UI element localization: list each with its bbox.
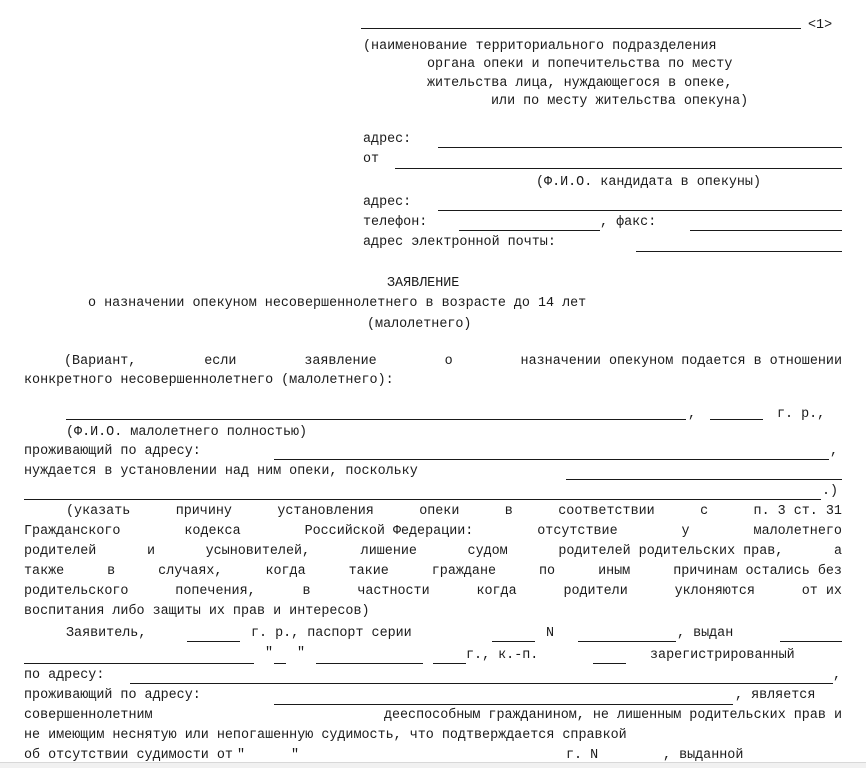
issued-label: , выдан	[677, 625, 733, 643]
applicant-label: Заявитель,	[66, 625, 146, 643]
org-caption-line-3: жительства лица, нуждающегося в опеке,	[427, 75, 732, 93]
variant-word: если	[204, 353, 236, 371]
reason-word: граждане	[432, 563, 496, 581]
reason-word: такие	[349, 563, 389, 581]
reason-line-6: воспитания либо защиты их прав и интерес…	[24, 603, 370, 621]
minor-name-field[interactable]	[66, 419, 686, 420]
org-caption-line-1: (наименование территориального подраздел…	[363, 38, 717, 56]
residing2-label: проживающий по адресу:	[24, 687, 201, 705]
reason-word: попечения,	[175, 583, 255, 601]
reason-field-line-2[interactable]	[24, 499, 821, 500]
reason-word: установления	[277, 503, 373, 521]
org-name-field[interactable]	[361, 28, 801, 29]
birth-year-suffix: г. р.,	[777, 406, 825, 424]
reason-line-4: также в случаях, когда такие граждане по…	[24, 563, 842, 581]
reason-word: Гражданского	[24, 523, 120, 541]
reason-word: малолетнего	[754, 523, 842, 541]
reason-word: отсутствие	[537, 523, 617, 541]
quote-close: "	[297, 645, 305, 663]
org-address-label: адрес:	[363, 131, 411, 149]
variant-word: о	[445, 353, 453, 371]
comma: ,	[830, 443, 838, 461]
adult-word: дееспособным гражданином, не лишенным ро…	[384, 707, 842, 725]
reason-word: в	[505, 503, 513, 521]
reason-word: лишение	[361, 543, 417, 561]
from-label: от	[363, 151, 379, 169]
reason-word: судом	[468, 543, 508, 561]
document-heading: ЗАЯВЛЕНИЕ	[387, 275, 459, 293]
minor-birth-year-field[interactable]	[710, 419, 763, 420]
variant-line-2: конкретного несовершеннолетнего (малолет…	[24, 372, 394, 390]
minor-address-field[interactable]	[274, 459, 829, 460]
division-code-field[interactable]	[593, 663, 626, 664]
variant-word: назначении опекуном подается в отношении	[521, 353, 842, 371]
reg-address-field[interactable]	[130, 683, 833, 684]
reason-word: случаях,	[158, 563, 222, 581]
passport-number-field[interactable]	[578, 641, 676, 642]
reason-word: в	[302, 583, 310, 601]
reason-line-5: родительского попечения, в частности ког…	[24, 583, 842, 601]
adult-word: совершеннолетним	[24, 707, 153, 725]
reason-close: .)	[822, 483, 838, 501]
reason-line-2: Гражданского кодекса Российской Федераци…	[24, 523, 842, 541]
reason-word: усыновителей,	[206, 543, 310, 561]
reason-word: по	[539, 563, 555, 581]
reason-word: причину	[176, 503, 232, 521]
candidate-address-field[interactable]	[438, 210, 842, 211]
residing-address-field[interactable]	[274, 704, 733, 705]
reason-word: родители	[563, 583, 627, 601]
reason-word: Российской Федерации:	[305, 523, 474, 541]
issue-day-field[interactable]	[274, 663, 286, 664]
reason-word: также	[24, 563, 64, 581]
reason-word: родителей	[24, 543, 96, 561]
email-field[interactable]	[636, 251, 842, 252]
reason-word: от их	[802, 583, 842, 601]
reason-line-3: родителей и усыновителей, лишение судом …	[24, 543, 842, 561]
reason-word: когда	[265, 563, 305, 581]
reason-word: когда	[476, 583, 516, 601]
issue-year-field[interactable]	[433, 663, 466, 664]
reason-word: причинам остались без	[673, 563, 842, 581]
reason-word: в	[107, 563, 115, 581]
reason-field-line-1[interactable]	[566, 479, 842, 480]
reason-line-1: (указать причину установления опеки в со…	[66, 503, 842, 521]
reg-address-label: по адресу:	[24, 667, 104, 685]
reason-word: и	[147, 543, 155, 561]
reason-word: (указать	[66, 503, 130, 521]
quote-open: "	[265, 645, 273, 663]
variant-word: (Вариант,	[64, 353, 136, 371]
needs-guardianship-label: нуждается в установлении над ним опеки, …	[24, 463, 418, 481]
passport-number-label: N	[546, 625, 554, 643]
minor-caption: (Ф.И.О. малолетнего полностью)	[66, 424, 307, 442]
comma: ,	[833, 667, 841, 685]
reason-word: а	[834, 543, 842, 561]
residing-label: проживающий по адресу:	[24, 443, 201, 461]
email-label: адрес электронной почты:	[363, 234, 556, 252]
issued-by-field-1[interactable]	[780, 641, 842, 642]
fax-label: , факс:	[600, 214, 656, 232]
issued-by-field-2[interactable]	[24, 663, 254, 664]
fax-field[interactable]	[690, 230, 842, 231]
candidate-caption: (Ф.И.О. кандидата в опекуны)	[536, 174, 761, 192]
phone-field[interactable]	[459, 230, 600, 231]
reason-word: родительского	[24, 583, 128, 601]
registered-label: зарегистрированный	[650, 647, 795, 665]
org-caption-line-4: или по месту жительства опекуна)	[491, 93, 748, 111]
comma: ,	[688, 406, 696, 424]
passport-series-field[interactable]	[492, 641, 535, 642]
reason-word: соответствии	[558, 503, 654, 521]
reason-word: опеки	[419, 503, 459, 521]
page-bottom-edge	[0, 762, 866, 768]
reason-word: п. 3 ст. 31	[754, 503, 842, 521]
reason-word: иным	[598, 563, 630, 581]
reason-word: уклоняются	[675, 583, 755, 601]
applicant-birth-year-field[interactable]	[187, 641, 240, 642]
document-subtitle: о назначении опекуном несовершеннолетнег…	[88, 295, 586, 313]
candidate-address-label: адрес:	[363, 194, 411, 212]
conviction-line: не имеющим неснятую или непогашенную суд…	[24, 727, 627, 745]
footnote-marker: <1>	[808, 17, 832, 35]
reason-word: кодекса	[184, 523, 240, 541]
document-subtitle-2: (малолетнего)	[367, 316, 471, 334]
reason-word: частности	[357, 583, 429, 601]
is-label: , является	[735, 687, 815, 705]
applicant-birth-label: г. р., паспорт серии	[251, 625, 412, 643]
reason-word: у	[682, 523, 690, 541]
reason-word: с	[700, 503, 708, 521]
issue-month-field[interactable]	[316, 663, 423, 664]
year-division-label: г., к.-п.	[466, 647, 538, 665]
variant-line-1: (Вариант, если заявление о назначении оп…	[64, 353, 842, 371]
variant-word: заявление	[304, 353, 376, 371]
org-caption-line-2: органа опеки и попечительства по месту	[427, 56, 732, 74]
reason-word: родителей родительских прав,	[558, 543, 783, 561]
adult-line: совершеннолетним дееспособным гражданино…	[24, 707, 842, 725]
candidate-name-field[interactable]	[395, 168, 842, 169]
org-address-field[interactable]	[438, 147, 842, 148]
phone-label: телефон:	[363, 214, 427, 232]
